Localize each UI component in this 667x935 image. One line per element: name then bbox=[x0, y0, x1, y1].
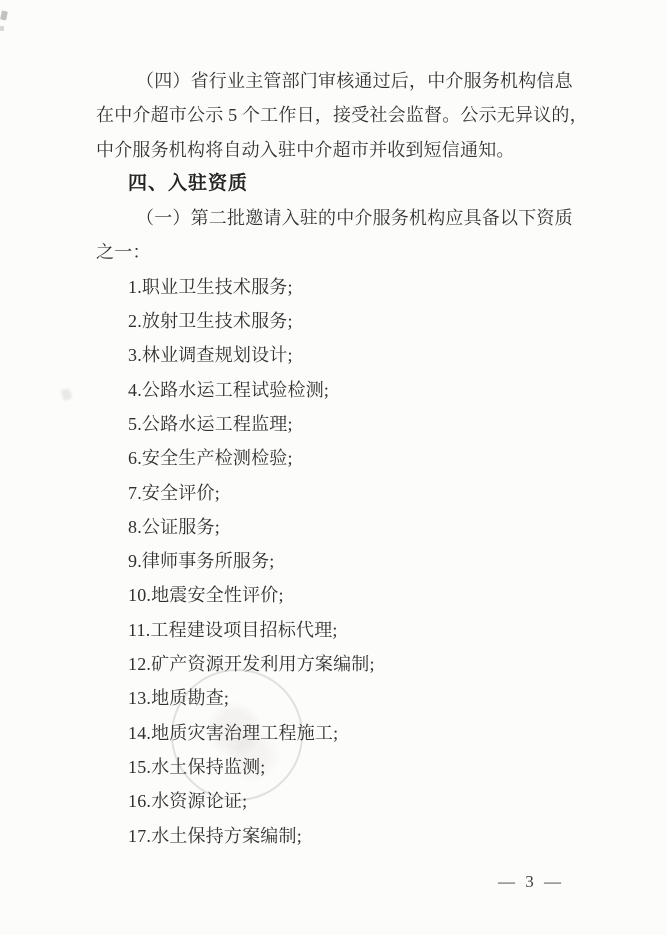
list-item: 15.水土保持监测; bbox=[96, 750, 596, 784]
scanned-document-page: （四）省行业主管部门审核通过后，中介服务机构信息 在中介超市公示 5 个工作日，… bbox=[0, 0, 667, 935]
paragraph-line: 中介服务机构将自动入驻中介超市并收到短信通知。 bbox=[96, 133, 596, 167]
list-item: 16.水资源论证; bbox=[96, 784, 596, 818]
list-item: 12.矿产资源开发利用方案编制; bbox=[96, 647, 596, 681]
list-item: 3.林业调查规划设计; bbox=[96, 338, 596, 372]
paragraph-line: （四）省行业主管部门审核通过后，中介服务机构信息 bbox=[96, 64, 596, 98]
paragraph-line: 在中介超市公示 5 个工作日，接受社会监督。公示无异议的， bbox=[96, 98, 596, 132]
paragraph-line: （一）第二批邀请入驻的中介服务机构应具备以下资质 bbox=[96, 201, 596, 235]
scan-speck bbox=[0, 10, 8, 20]
list-item: 7.安全评价; bbox=[96, 476, 596, 510]
list-item: 14.地质灾害治理工程施工; bbox=[96, 716, 596, 750]
list-item: 1.职业卫生技术服务; bbox=[96, 270, 596, 304]
list-item: 8.公证服务; bbox=[96, 510, 596, 544]
page-number: — 3 — bbox=[498, 872, 588, 892]
list-item: 2.放射卫生技术服务; bbox=[96, 304, 596, 338]
scan-speck bbox=[60, 388, 72, 401]
document-body: （四）省行业主管部门审核通过后，中介服务机构信息 在中介超市公示 5 个工作日，… bbox=[96, 64, 596, 853]
list-item: 11.工程建设项目招标代理; bbox=[96, 613, 596, 647]
section-heading: 四、入驻资质 bbox=[96, 167, 596, 201]
list-item: 5.公路水运工程监理; bbox=[96, 407, 596, 441]
paragraph-line: 之一： bbox=[96, 235, 596, 269]
list-item: 10.地震安全性评价; bbox=[96, 578, 596, 612]
list-item: 17.水土保持方案编制; bbox=[96, 819, 596, 853]
scan-speck bbox=[0, 26, 4, 31]
list-item: 13.地质勘查; bbox=[96, 681, 596, 715]
list-item: 4.公路水运工程试验检测; bbox=[96, 373, 596, 407]
list-item: 6.安全生产检测检验; bbox=[96, 441, 596, 475]
list-item: 9.律师事务所服务; bbox=[96, 544, 596, 578]
